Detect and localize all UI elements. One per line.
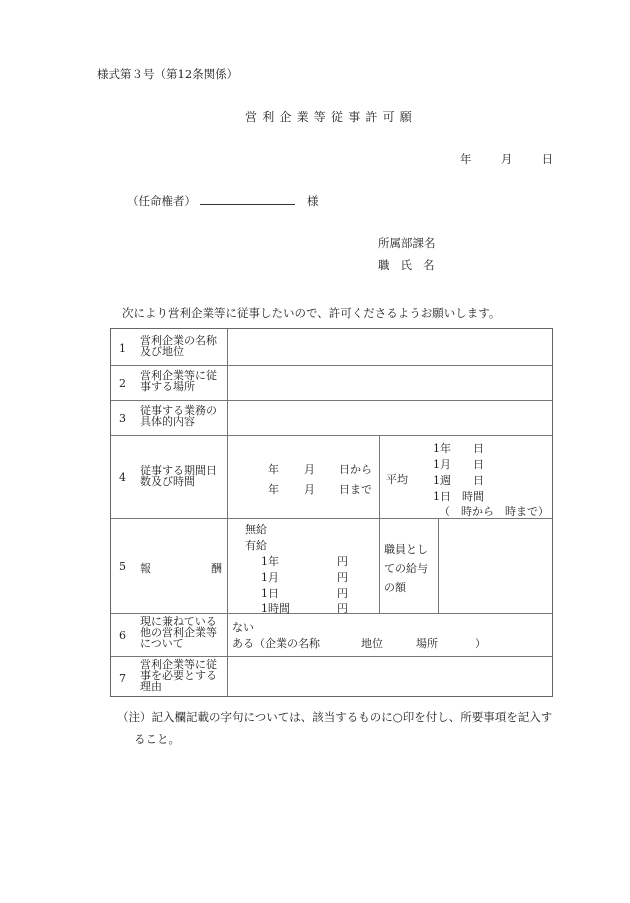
salary-amount-field[interactable] — [439, 519, 553, 613]
work-place-field[interactable] — [228, 366, 553, 400]
company-name-field[interactable] — [228, 329, 553, 365]
addressee-line: （任命権者）様 — [127, 193, 319, 209]
appointer-blank[interactable] — [200, 194, 295, 205]
row-label: 営利企業の名称及び地位 — [140, 335, 226, 357]
note-line-1: （注）記入欄記載の字句については、該当するものに○印を付し、所要事項を記入す — [117, 709, 552, 725]
note-line-2: ること。 — [134, 731, 180, 747]
average-per-day[interactable]: 1日 時間 — [433, 488, 484, 504]
appointer-label: （任命権者） — [127, 194, 196, 208]
work-content-field[interactable] — [228, 401, 553, 435]
other-company-exists[interactable]: ある（企業の名称 — [232, 635, 320, 651]
row-number: 1 — [119, 342, 126, 355]
department-label: 所属部課名 — [378, 235, 436, 251]
name-label: 職氏名 — [378, 257, 446, 273]
row-label: 従事する期間日数及び時間 — [140, 465, 226, 487]
pay-option-paid[interactable]: 有給 — [245, 537, 267, 553]
intro-text: 次により営利企業等に従事したいので、許可くださるようお願いします。 — [122, 305, 500, 321]
row-label-left: 報 — [140, 560, 151, 576]
row-number: 6 — [119, 629, 126, 642]
average-per-year[interactable]: 1年 日 — [433, 440, 484, 456]
form-number: 様式第３号（第12条関係） — [97, 66, 238, 82]
row-number: 4 — [119, 471, 126, 484]
document-title: 営利企業等従事許可願 — [245, 108, 417, 125]
row-divider — [111, 435, 552, 436]
row-number: 2 — [119, 377, 126, 390]
column-divider — [379, 435, 380, 613]
row-label: 従事する業務の具体的内容 — [140, 405, 226, 427]
date-day: 日 — [542, 151, 554, 167]
date-year: 年 — [460, 151, 472, 167]
average-hours-range[interactable]: （ 時から 時まで） — [439, 503, 549, 519]
salary-label-3: の額 — [384, 579, 406, 595]
row-number: 5 — [119, 560, 126, 573]
other-company-position: 地位 — [361, 635, 383, 651]
row-number: 3 — [119, 412, 126, 425]
average-per-month[interactable]: 1月 日 — [433, 456, 484, 472]
salary-label-2: ての給与 — [384, 560, 428, 576]
pay-option-unpaid[interactable]: 無給 — [245, 521, 267, 537]
other-company-none[interactable]: ない — [232, 619, 254, 635]
row-divider — [111, 613, 552, 614]
reason-field[interactable] — [228, 657, 553, 696]
date-line: 年 月 日 — [460, 151, 553, 167]
salary-label-1: 職員とし — [384, 541, 428, 557]
close-paren: ） — [475, 635, 486, 651]
average-per-week[interactable]: 1週 日 — [433, 472, 484, 488]
other-company-place: 場所 — [416, 635, 438, 651]
row-label-right: 酬 — [211, 560, 222, 576]
row-label: 営利企業等に従事する場所 — [140, 370, 226, 392]
row-number: 7 — [119, 672, 126, 685]
row-label: 現に兼ねている他の営利企業等について — [140, 616, 226, 649]
average-label: 平均 — [386, 471, 408, 487]
row-label: 営利企業等に従事を必要とする理由 — [140, 659, 226, 692]
application-table: 1 営利企業の名称及び地位 2 営利企業等に従事する場所 3 従事する業務の具体… — [110, 328, 553, 697]
honorific: 様 — [307, 194, 319, 208]
date-month: 月 — [501, 151, 513, 167]
